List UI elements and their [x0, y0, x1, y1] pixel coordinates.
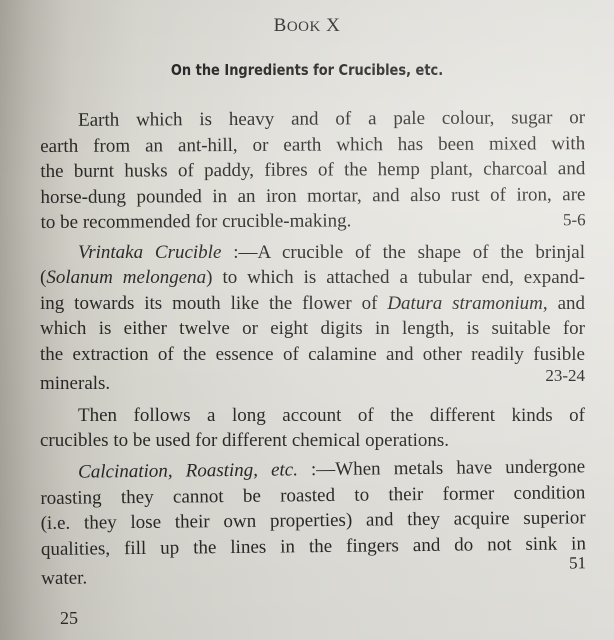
- page-number: 25: [60, 608, 78, 629]
- chapter-title: On the Ingredients for Crucibles, etc.: [21, 61, 592, 79]
- running-head-number: X: [321, 15, 340, 36]
- section-heading: Vrintaka Crucible: [78, 242, 221, 263]
- text-line: ing towards its mouth like the flower of…: [40, 291, 585, 317]
- verse-reference: 51: [569, 550, 586, 586]
- text-line: Vrintaka Crucible :—A crucible of the sh…: [40, 240, 585, 266]
- text-line-content: ing towards its mouth like the flower of: [40, 293, 387, 314]
- section-heading: Calcination, Roasting, etc.: [78, 459, 298, 482]
- text-line: Earth which is heavy and of a pale colou…: [40, 105, 585, 133]
- text-line-content: , and: [543, 293, 585, 314]
- text-line: (Solanum melongena) to which is attached…: [40, 265, 585, 291]
- text-line-content: water.: [41, 555, 87, 591]
- verse-reference: 5-6: [563, 207, 586, 233]
- text-line: crucibles to be used for different chemi…: [40, 428, 585, 454]
- text-line: the burnt husks of paddy, fibres of the …: [40, 156, 585, 184]
- text-line: the extraction of the essence of calamin…: [40, 342, 585, 368]
- text-line: earth from an ant-hill, or earth which h…: [40, 131, 585, 159]
- paragraph-account: Then follows a long account of the diffe…: [40, 403, 585, 454]
- text-line: minerals. 23-24: [40, 363, 585, 397]
- running-head: BOOK X: [0, 15, 614, 37]
- book-page: BOOK X On the Ingredients for Crucibles,…: [0, 0, 614, 640]
- botanical-name: Solanum melongena: [46, 267, 206, 288]
- text-line: which is either twelve or eight digits i…: [40, 316, 585, 342]
- text-line-content: minerals.: [40, 363, 110, 397]
- paragraph-vrintaka-crucible: Vrintaka Crucible :—A crucible of the sh…: [40, 240, 585, 397]
- paragraph-calcination: Calcination, Roasting, etc. :—When metal…: [40, 454, 586, 591]
- text-line: horse-dung pounded in an iron mortar, an…: [40, 182, 585, 210]
- text-line-content: :—When metals have undergone: [298, 456, 585, 480]
- botanical-name: Datura stramonium: [387, 293, 543, 314]
- body-text: Earth which is heavy and of a pale colou…: [40, 108, 585, 595]
- paragraph-ingredients: Earth which is heavy and of a pale colou…: [40, 105, 586, 235]
- verse-reference: 23-24: [545, 363, 585, 397]
- text-line-content: to be recommended for crucible-making.: [41, 208, 352, 235]
- text-line-content: ) to which is attached a tubular end, ex…: [206, 267, 585, 288]
- text-line: Then follows a long account of the diffe…: [40, 403, 585, 429]
- running-head-smallcaps: OOK: [287, 19, 321, 35]
- text-line-content: :—A crucible of the shape of the brinjal: [221, 242, 585, 263]
- running-head-initial: B: [274, 15, 287, 36]
- text-line: to be recommended for crucible-making. 5…: [41, 207, 586, 235]
